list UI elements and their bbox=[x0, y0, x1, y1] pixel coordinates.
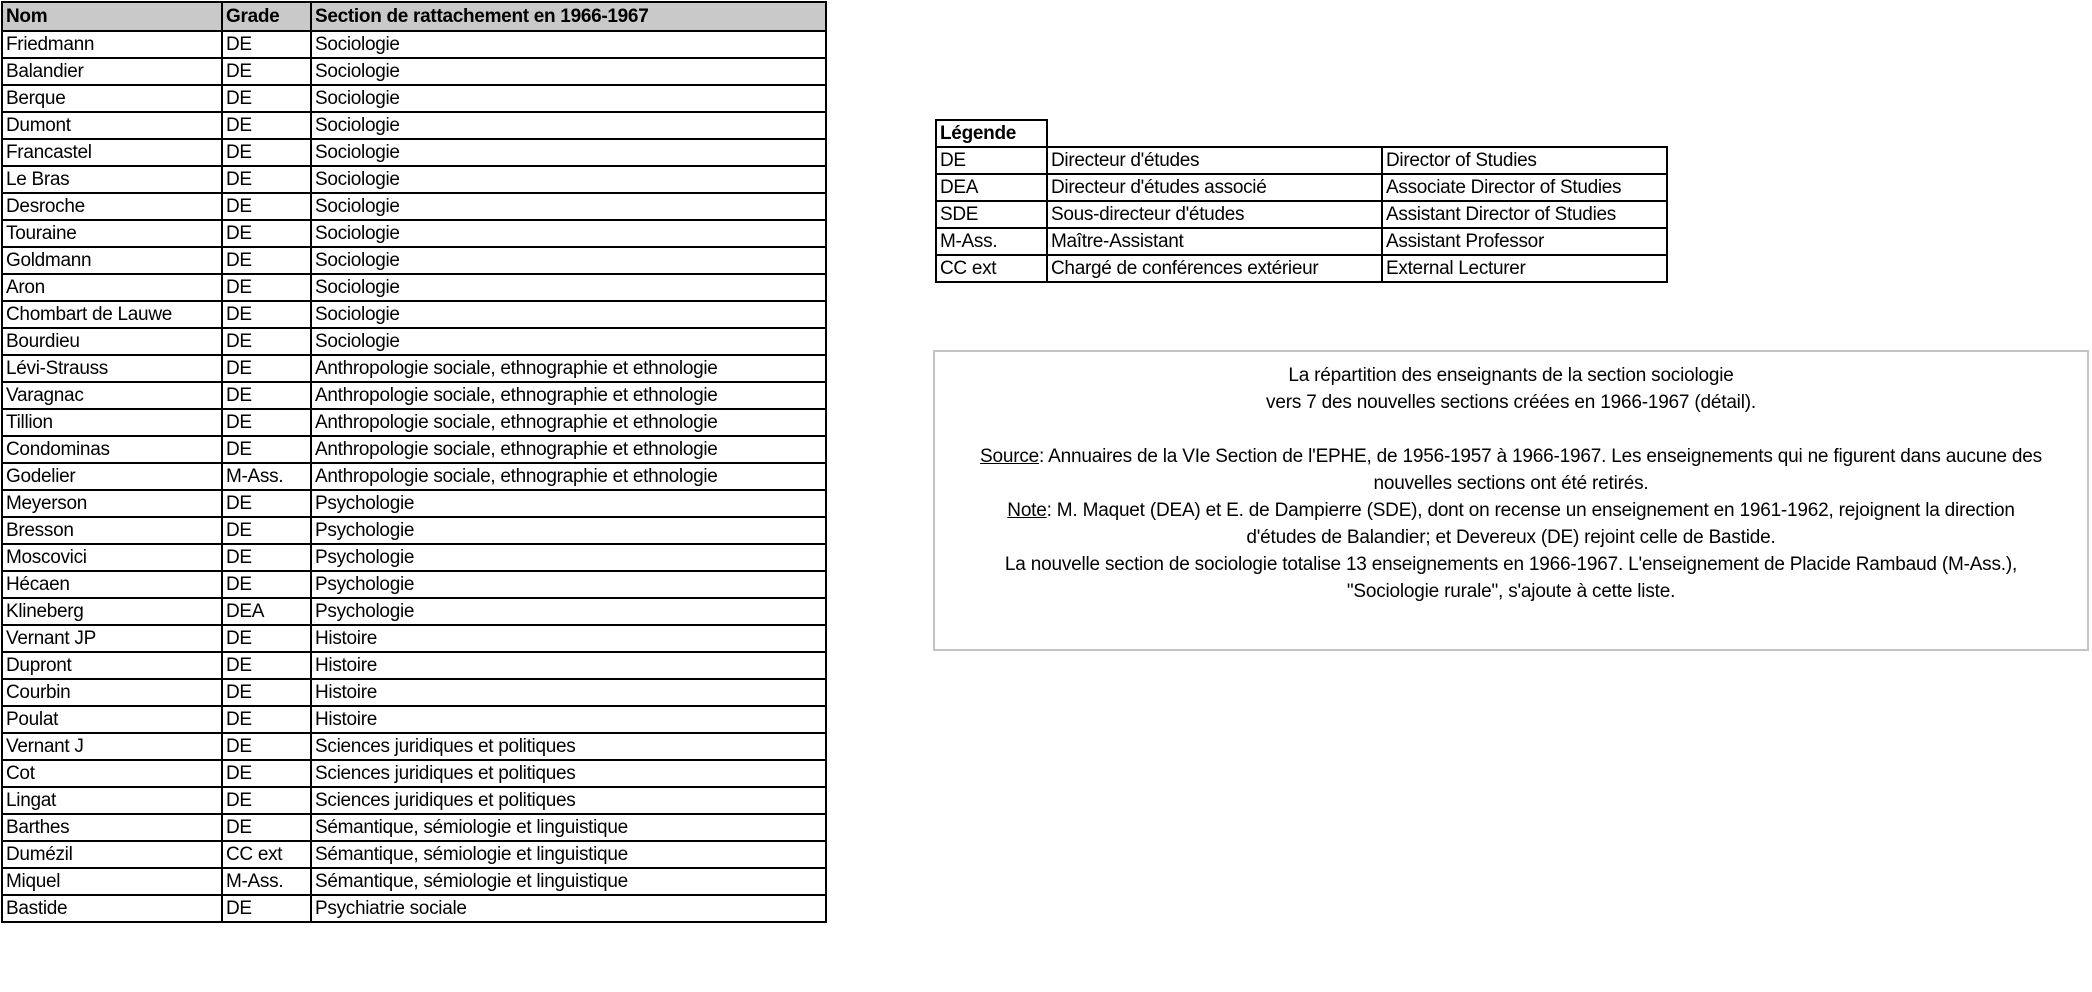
cell-section[interactable]: Sémantique, sémiologie et linguistique bbox=[311, 841, 826, 868]
cell-nom[interactable]: Moscovici bbox=[2, 544, 222, 571]
cell-nom[interactable]: Meyerson bbox=[2, 490, 222, 517]
cell-grade[interactable]: DE bbox=[222, 895, 311, 922]
cell-section[interactable]: Sciences juridiques et politiques bbox=[311, 787, 826, 814]
table-row: Chombart de LauweDESociologie bbox=[2, 301, 826, 328]
legend-english[interactable]: Director of Studies bbox=[1382, 147, 1667, 174]
cell-grade[interactable]: DE bbox=[222, 139, 311, 166]
legend-french[interactable]: Maître-Assistant bbox=[1047, 228, 1382, 255]
cell-grade[interactable]: DE bbox=[222, 490, 311, 517]
cell-nom[interactable]: Tillion bbox=[2, 409, 222, 436]
cell-grade[interactable]: DE bbox=[222, 166, 311, 193]
spacer bbox=[935, 416, 2087, 443]
cell-section[interactable]: Sociologie bbox=[311, 112, 826, 139]
cell-section[interactable]: Anthropologie sociale, ethnographie et e… bbox=[311, 463, 826, 490]
cell-nom[interactable]: Goldmann bbox=[2, 247, 222, 274]
legend-code[interactable]: SDE bbox=[936, 201, 1047, 228]
legend-row: CC extChargé de conférences extérieurExt… bbox=[936, 255, 1667, 282]
cell-nom[interactable]: Cot bbox=[2, 760, 222, 787]
cell-section[interactable]: Psychologie bbox=[311, 544, 826, 571]
legend-table-body: Légende DEDirecteur d'étudesDirector of … bbox=[936, 120, 1667, 282]
cell-nom[interactable]: Aron bbox=[2, 274, 222, 301]
legend-english[interactable]: Associate Director of Studies bbox=[1382, 174, 1667, 201]
table-row: Lévi-StraussDEAnthropologie sociale, eth… bbox=[2, 355, 826, 382]
table-row: BalandierDESociologie bbox=[2, 58, 826, 85]
cell-nom[interactable]: Dupront bbox=[2, 652, 222, 679]
table-row: BourdieuDESociologie bbox=[2, 328, 826, 355]
cell-section[interactable]: Psychologie bbox=[311, 571, 826, 598]
cell-nom[interactable]: Klineberg bbox=[2, 598, 222, 625]
table-row: CondominasDEAnthropologie sociale, ethno… bbox=[2, 436, 826, 463]
cell-grade[interactable]: DE bbox=[222, 760, 311, 787]
cell-section[interactable]: Sociologie bbox=[311, 31, 826, 58]
cell-grade[interactable]: DE bbox=[222, 193, 311, 220]
cell-nom[interactable]: Lévi-Strauss bbox=[2, 355, 222, 382]
table-row: TillionDEAnthropologie sociale, ethnogra… bbox=[2, 409, 826, 436]
cell-nom[interactable]: Balandier bbox=[2, 58, 222, 85]
cell-section[interactable]: Psychologie bbox=[311, 490, 826, 517]
cell-nom[interactable]: Chombart de Lauwe bbox=[2, 301, 222, 328]
cell-section[interactable]: Anthropologie sociale, ethnographie et e… bbox=[311, 436, 826, 463]
table-row: TouraineDESociologie bbox=[2, 220, 826, 247]
cell-section[interactable]: Psychologie bbox=[311, 517, 826, 544]
cell-grade[interactable]: DE bbox=[222, 328, 311, 355]
cell-grade[interactable]: DE bbox=[222, 85, 311, 112]
cell-grade[interactable]: DE bbox=[222, 220, 311, 247]
cell-grade[interactable]: DE bbox=[222, 625, 311, 652]
table-row: VaragnacDEAnthropologie sociale, ethnogr… bbox=[2, 382, 826, 409]
legend-code[interactable]: M-Ass. bbox=[936, 228, 1047, 255]
cell-section[interactable]: Sciences juridiques et politiques bbox=[311, 733, 826, 760]
table-row: FriedmannDESociologie bbox=[2, 31, 826, 58]
cell-section[interactable]: Sciences juridiques et politiques bbox=[311, 760, 826, 787]
legend-row: DEDirecteur d'étudesDirector of Studies bbox=[936, 147, 1667, 174]
legend-row: SDESous-directeur d'étudesAssistant Dire… bbox=[936, 201, 1667, 228]
cell-nom[interactable]: Le Bras bbox=[2, 166, 222, 193]
cell-grade[interactable]: M-Ass. bbox=[222, 868, 311, 895]
legend-code[interactable]: DEA bbox=[936, 174, 1047, 201]
table-row: BastideDEPsychiatrie sociale bbox=[2, 895, 826, 922]
table-row: CourbinDEHistoire bbox=[2, 679, 826, 706]
table-row: Vernant JDESciences juridiques et politi… bbox=[2, 733, 826, 760]
table-row: LingatDESciences juridiques et politique… bbox=[2, 787, 826, 814]
table-row: MoscoviciDEPsychologie bbox=[2, 544, 826, 571]
cell-grade[interactable]: DE bbox=[222, 301, 311, 328]
cell-grade[interactable]: DE bbox=[222, 436, 311, 463]
table-row: BressonDEPsychologie bbox=[2, 517, 826, 544]
source-label: Source bbox=[980, 446, 1039, 467]
cell-grade[interactable]: DE bbox=[222, 517, 311, 544]
cell-nom[interactable]: Courbin bbox=[2, 679, 222, 706]
cell-section[interactable]: Sociologie bbox=[311, 166, 826, 193]
header-nom[interactable]: Nom bbox=[2, 2, 222, 31]
cell-section[interactable]: Anthropologie sociale, ethnographie et e… bbox=[311, 409, 826, 436]
legend-row: DEADirecteur d'études associéAssociate D… bbox=[936, 174, 1667, 201]
cell-section[interactable]: Histoire bbox=[311, 652, 826, 679]
cell-grade[interactable]: DE bbox=[222, 355, 311, 382]
note-title-line-2: vers 7 des nouvelles sections créées en … bbox=[935, 389, 2087, 416]
legend-english[interactable]: External Lecturer bbox=[1382, 255, 1667, 282]
note-source: Source: Annuaires de la VIe Section de l… bbox=[935, 443, 2087, 497]
cell-section[interactable]: Histoire bbox=[311, 706, 826, 733]
table-row: AronDESociologie bbox=[2, 274, 826, 301]
table-row: Vernant JPDEHistoire bbox=[2, 625, 826, 652]
table-row: DumézilCC extSémantique, sémiologie et l… bbox=[2, 841, 826, 868]
cell-grade[interactable]: DEA bbox=[222, 598, 311, 625]
note-summary: La nouvelle section de sociologie totali… bbox=[935, 551, 2087, 605]
teachers-table-body: FriedmannDESociologieBalandierDESociolog… bbox=[2, 31, 826, 922]
source-text: : Annuaires de la VIe Section de l'EPHE,… bbox=[1039, 446, 2042, 494]
cell-grade[interactable]: DE bbox=[222, 382, 311, 409]
cell-section[interactable]: Histoire bbox=[311, 679, 826, 706]
cell-section[interactable]: Sociologie bbox=[311, 247, 826, 274]
legend-title-row: Légende bbox=[936, 120, 1667, 147]
cell-nom[interactable]: Dumézil bbox=[2, 841, 222, 868]
cell-nom[interactable]: Condominas bbox=[2, 436, 222, 463]
cell-nom[interactable]: Vernant J bbox=[2, 733, 222, 760]
cell-grade[interactable]: DE bbox=[222, 112, 311, 139]
note-note: Note: M. Maquet (DEA) et E. de Dampierre… bbox=[935, 497, 2087, 551]
cell-nom[interactable]: Bastide bbox=[2, 895, 222, 922]
legend-french[interactable]: Chargé de conférences extérieur bbox=[1047, 255, 1382, 282]
cell-section[interactable]: Anthropologie sociale, ethnographie et e… bbox=[311, 382, 826, 409]
cell-section[interactable]: Sémantique, sémiologie et linguistique bbox=[311, 868, 826, 895]
table-row: MeyersonDEPsychologie bbox=[2, 490, 826, 517]
cell-nom[interactable]: Miquel bbox=[2, 868, 222, 895]
note-title-line-1: La répartition des enseignants de la sec… bbox=[935, 362, 2087, 389]
cell-nom[interactable]: Friedmann bbox=[2, 31, 222, 58]
cell-section[interactable]: Sociologie bbox=[311, 301, 826, 328]
cell-nom[interactable]: Desroche bbox=[2, 193, 222, 220]
teachers-table: Nom Grade Section de rattachement en 196… bbox=[1, 1, 827, 923]
cell-nom[interactable]: Bourdieu bbox=[2, 328, 222, 355]
table-row: BerqueDESociologie bbox=[2, 85, 826, 112]
cell-grade[interactable]: DE bbox=[222, 706, 311, 733]
header-section[interactable]: Section de rattachement en 1966-1967 bbox=[311, 2, 826, 31]
legend-table: Légende DEDirecteur d'étudesDirector of … bbox=[935, 119, 1668, 283]
cell-grade[interactable]: DE bbox=[222, 544, 311, 571]
table-row: FrancastelDESociologie bbox=[2, 139, 826, 166]
legend-french[interactable]: Directeur d'études bbox=[1047, 147, 1382, 174]
legend-empty-cell bbox=[1047, 120, 1382, 147]
cell-grade[interactable]: DE bbox=[222, 571, 311, 598]
table-row: DumontDESociologie bbox=[2, 112, 826, 139]
cell-nom[interactable]: Berque bbox=[2, 85, 222, 112]
cell-grade[interactable]: DE bbox=[222, 652, 311, 679]
table-row: GodelierM-Ass.Anthropologie sociale, eth… bbox=[2, 463, 826, 490]
cell-grade[interactable]: DE bbox=[222, 679, 311, 706]
table-row: DuprontDEHistoire bbox=[2, 652, 826, 679]
cell-grade[interactable]: DE bbox=[222, 58, 311, 85]
table-row: CotDESciences juridiques et politiques bbox=[2, 760, 826, 787]
cell-section[interactable]: Sociologie bbox=[311, 193, 826, 220]
table-row: GoldmannDESociologie bbox=[2, 247, 826, 274]
cell-grade[interactable]: CC ext bbox=[222, 841, 311, 868]
table-header-row: Nom Grade Section de rattachement en 196… bbox=[2, 2, 826, 31]
cell-nom[interactable]: Hécaen bbox=[2, 571, 222, 598]
cell-nom[interactable]: Varagnac bbox=[2, 382, 222, 409]
cell-section[interactable]: Psychiatrie sociale bbox=[311, 895, 826, 922]
cell-grade[interactable]: DE bbox=[222, 247, 311, 274]
legend-french[interactable]: Sous-directeur d'études bbox=[1047, 201, 1382, 228]
cell-nom[interactable]: Barthes bbox=[2, 814, 222, 841]
cell-section[interactable]: Histoire bbox=[311, 625, 826, 652]
table-row: BarthesDESémantique, sémiologie et lingu… bbox=[2, 814, 826, 841]
cell-grade[interactable]: M-Ass. bbox=[222, 463, 311, 490]
cell-nom[interactable]: Godelier bbox=[2, 463, 222, 490]
legend-french[interactable]: Directeur d'études associé bbox=[1047, 174, 1382, 201]
legend-title[interactable]: Légende bbox=[936, 120, 1047, 147]
cell-nom[interactable]: Poulat bbox=[2, 706, 222, 733]
cell-grade[interactable]: DE bbox=[222, 814, 311, 841]
legend-row: M-Ass.Maître-AssistantAssistant Professo… bbox=[936, 228, 1667, 255]
cell-nom[interactable]: Vernant JP bbox=[2, 625, 222, 652]
table-row: KlinebergDEAPsychologie bbox=[2, 598, 826, 625]
cell-section[interactable]: Anthropologie sociale, ethnographie et e… bbox=[311, 355, 826, 382]
cell-nom[interactable]: Dumont bbox=[2, 112, 222, 139]
cell-nom[interactable]: Touraine bbox=[2, 220, 222, 247]
cell-section[interactable]: Sociologie bbox=[311, 85, 826, 112]
table-row: HécaenDEPsychologie bbox=[2, 571, 826, 598]
cell-grade[interactable]: DE bbox=[222, 787, 311, 814]
legend-english[interactable]: Assistant Director of Studies bbox=[1382, 201, 1667, 228]
cell-section[interactable]: Sociologie bbox=[311, 328, 826, 355]
cell-section[interactable]: Sociologie bbox=[311, 58, 826, 85]
table-row: DesrocheDESociologie bbox=[2, 193, 826, 220]
legend-english[interactable]: Assistant Professor bbox=[1382, 228, 1667, 255]
legend-code[interactable]: DE bbox=[936, 147, 1047, 174]
legend-empty-cell bbox=[1382, 120, 1667, 147]
cell-nom[interactable]: Lingat bbox=[2, 787, 222, 814]
cell-nom[interactable]: Francastel bbox=[2, 139, 222, 166]
cell-grade[interactable]: DE bbox=[222, 733, 311, 760]
header-grade[interactable]: Grade bbox=[222, 2, 311, 31]
cell-grade[interactable]: DE bbox=[222, 31, 311, 58]
cell-section[interactable]: Sociologie bbox=[311, 220, 826, 247]
cell-section[interactable]: Psychologie bbox=[311, 598, 826, 625]
cell-section[interactable]: Sémantique, sémiologie et linguistique bbox=[311, 814, 826, 841]
table-row: PoulatDEHistoire bbox=[2, 706, 826, 733]
table-row: Le BrasDESociologie bbox=[2, 166, 826, 193]
note-textbox[interactable]: La répartition des enseignants de la sec… bbox=[933, 350, 2089, 651]
cell-section[interactable]: Sociologie bbox=[311, 139, 826, 166]
legend-code[interactable]: CC ext bbox=[936, 255, 1047, 282]
table-row: MiquelM-Ass.Sémantique, sémiologie et li… bbox=[2, 868, 826, 895]
cell-grade[interactable]: DE bbox=[222, 274, 311, 301]
cell-nom[interactable]: Bresson bbox=[2, 517, 222, 544]
cell-section[interactable]: Sociologie bbox=[311, 274, 826, 301]
cell-grade[interactable]: DE bbox=[222, 409, 311, 436]
note-text: : M. Maquet (DEA) et E. de Dampierre (SD… bbox=[1047, 500, 2015, 548]
note-label: Note bbox=[1007, 500, 1046, 521]
